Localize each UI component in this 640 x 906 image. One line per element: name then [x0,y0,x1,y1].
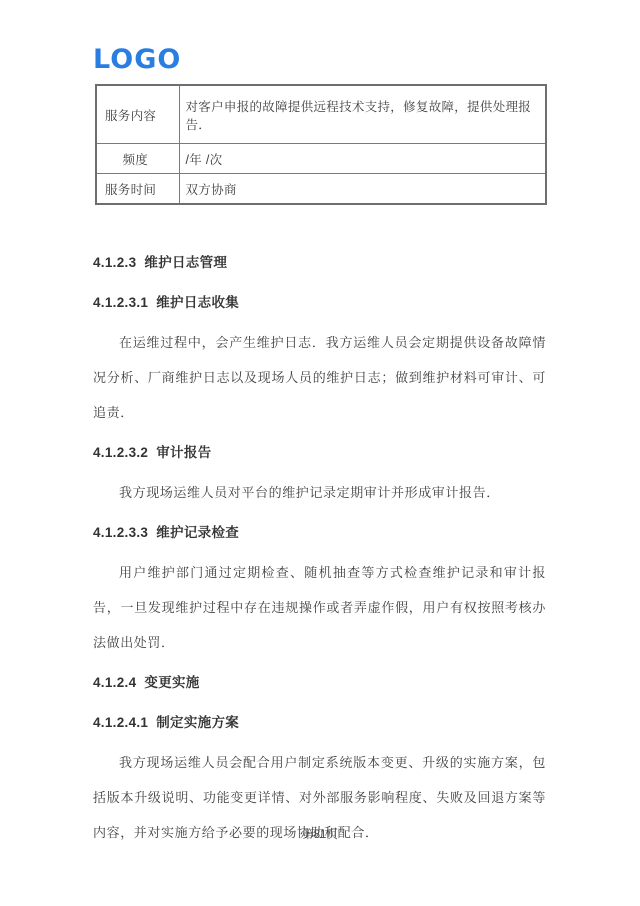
table-row-value: /年 /次 [179,144,546,174]
section-heading: 4.1.2.4变更实施 [93,665,546,700]
table-row-value: 对客户申报的故障提供远程技术支持，修复故障，提供处理报告． [179,85,546,144]
table-row-label: 服务内容 [96,85,179,144]
heading-number: 4.1.2.3 [93,255,136,270]
table-row: 频度 /年 /次 [96,144,546,174]
paragraph: 在运维过程中，会产生维护日志．我方运维人员会定期提供设备故障情况分析、厂商维护日… [93,325,546,430]
section-heading: 4.1.2.3.3维护记录检查 [93,515,546,550]
heading-title: 维护记录检查 [156,525,239,540]
heading-number: 4.1.2.4.1 [93,715,148,730]
paragraph: 用户维护部门通过定期检查、随机抽查等方式检查维护记录和审计报告，一旦发现维护过程… [93,555,546,660]
heading-number: 4.1.2.4 [93,675,136,690]
heading-title: 维护日志管理 [144,255,227,270]
section-heading: 4.1.2.3维护日志管理 [93,245,546,280]
heading-number: 4.1.2.3.2 [93,445,148,460]
document-body: 4.1.2.3维护日志管理 4.1.2.3.1维护日志收集 在运维过程中，会产生… [93,245,546,855]
table-row-label: 服务时间 [96,174,179,205]
heading-title: 变更实施 [144,675,199,690]
table-row-value: 双方协商 [179,174,546,205]
paragraph: 我方现场运维人员对平台的维护记录定期审计并形成审计报告． [93,475,546,510]
heading-number: 4.1.2.3.1 [93,295,148,310]
service-table: 服务内容 对客户申报的故障提供远程技术支持，修复故障，提供处理报告． 频度 /年… [95,84,547,205]
table-row: 服务内容 对客户申报的故障提供远程技术支持，修复故障，提供处理报告． [96,85,546,144]
heading-title: 维护日志收集 [156,295,239,310]
heading-number: 4.1.2.3.3 [93,525,148,540]
page-number: 第81页 [0,826,640,842]
section-heading: 4.1.2.3.1维护日志收集 [93,285,546,320]
section-heading: 4.1.2.4.1制定实施方案 [93,705,546,740]
document-page: LOGO 服务内容 对客户申报的故障提供远程技术支持，修复故障，提供处理报告． … [0,0,640,906]
heading-title: 审计报告 [156,445,211,460]
company-logo: LOGO [93,46,181,74]
heading-title: 制定实施方案 [156,715,239,730]
table-row: 服务时间 双方协商 [96,174,546,205]
section-heading: 4.1.2.3.2审计报告 [93,435,546,470]
table-row-label: 频度 [96,144,179,174]
